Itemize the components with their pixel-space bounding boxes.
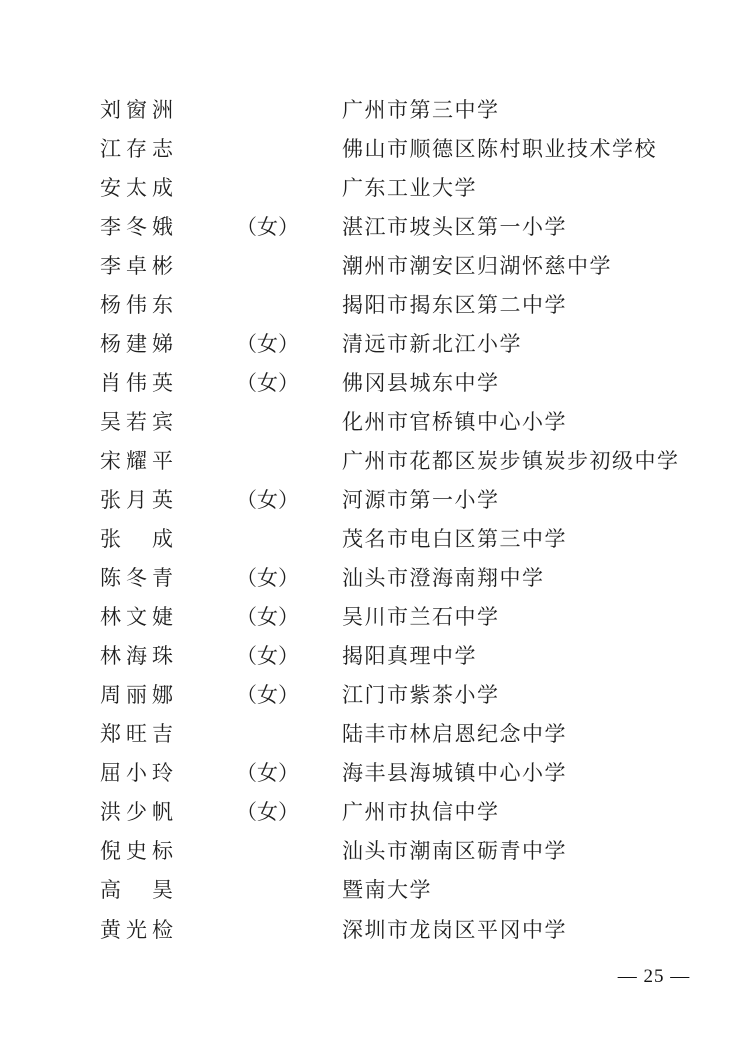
school-name: 揭阳市揭东区第二中学 xyxy=(342,295,567,316)
roster-row: 黄光检 深圳市龙岗区平冈中学 xyxy=(0,910,750,949)
school-name: 化州市官桥镇中心小学 xyxy=(342,412,567,433)
school-name: 茂名市电白区第三中学 xyxy=(342,529,567,550)
gender-marker: （女） xyxy=(236,490,299,511)
school-name: 佛冈县城东中学 xyxy=(342,373,500,394)
roster-row: 安太成 广东工业大学 xyxy=(0,169,750,208)
school-name: 河源市第一小学 xyxy=(342,490,500,511)
school-name: 广东工业大学 xyxy=(342,178,477,199)
school-name: 广州市执信中学 xyxy=(342,802,500,823)
school-name: 揭阳真理中学 xyxy=(342,646,477,667)
person-name: 江存志 xyxy=(100,139,178,160)
person-name: 宋耀平 xyxy=(100,451,178,472)
school-name: 广州市花都区炭步镇炭步初级中学 xyxy=(342,451,680,472)
roster-row: 高 昊 暨南大学 xyxy=(0,871,750,910)
gender-marker: （女） xyxy=(236,802,299,823)
roster-row: 刘窗洲 广州市第三中学 xyxy=(0,91,750,130)
person-name: 高 昊 xyxy=(100,880,178,901)
school-name: 吴川市兰石中学 xyxy=(342,607,500,628)
person-name: 屈小玲 xyxy=(100,763,178,784)
roster-row: 周丽娜 （女） 江门市紫茶小学 xyxy=(0,676,750,715)
school-name: 潮州市潮安区归湖怀慈中学 xyxy=(342,256,612,277)
roster-row: 宋耀平 广州市花都区炭步镇炭步初级中学 xyxy=(0,442,750,481)
person-name: 安太成 xyxy=(100,178,178,199)
roster-row: 李冬娥 （女） 湛江市坡头区第一小学 xyxy=(0,208,750,247)
person-name: 周丽娜 xyxy=(100,685,178,706)
roster-row: 张月英 （女） 河源市第一小学 xyxy=(0,481,750,520)
school-name: 广州市第三中学 xyxy=(342,100,500,121)
person-name: 杨建娣 xyxy=(100,334,178,355)
roster-row: 林海珠 （女） 揭阳真理中学 xyxy=(0,637,750,676)
roster-row: 郑旺吉 陆丰市林启恩纪念中学 xyxy=(0,715,750,754)
roster-row: 林文婕 （女） 吴川市兰石中学 xyxy=(0,598,750,637)
document-page: 刘窗洲 广州市第三中学 江存志 佛山市顺德区陈村职业技术学校 安太成 广东工业大… xyxy=(0,0,750,1060)
gender-marker: （女） xyxy=(236,373,299,394)
person-name: 肖伟英 xyxy=(100,373,178,394)
gender-marker: （女） xyxy=(236,217,299,238)
school-name: 江门市紫茶小学 xyxy=(342,685,500,706)
school-name: 海丰县海城镇中心小学 xyxy=(342,763,567,784)
gender-marker: （女） xyxy=(236,763,299,784)
school-name: 佛山市顺德区陈村职业技术学校 xyxy=(342,139,657,160)
person-name: 张 成 xyxy=(100,529,178,550)
page-number: — 25 — xyxy=(614,966,694,988)
person-name: 杨伟东 xyxy=(100,295,178,316)
roster-row: 李卓彬 潮州市潮安区归湖怀慈中学 xyxy=(0,247,750,286)
school-name: 湛江市坡头区第一小学 xyxy=(342,217,567,238)
school-name: 暨南大学 xyxy=(342,880,432,901)
roster-row: 吴若宾 化州市官桥镇中心小学 xyxy=(0,403,750,442)
person-name: 刘窗洲 xyxy=(100,100,178,121)
gender-marker: （女） xyxy=(236,685,299,706)
name-roster-list: 刘窗洲 广州市第三中学 江存志 佛山市顺德区陈村职业技术学校 安太成 广东工业大… xyxy=(0,91,750,950)
gender-marker: （女） xyxy=(236,568,299,589)
roster-row: 倪史标 汕头市潮南区砺青中学 xyxy=(0,832,750,871)
person-name: 郑旺吉 xyxy=(100,724,178,745)
gender-marker: （女） xyxy=(236,607,299,628)
school-name: 汕头市潮南区砺青中学 xyxy=(342,841,567,862)
roster-row: 张 成 茂名市电白区第三中学 xyxy=(0,520,750,559)
person-name: 林文婕 xyxy=(100,607,178,628)
roster-row: 洪少帆 （女） 广州市执信中学 xyxy=(0,793,750,832)
person-name: 张月英 xyxy=(100,490,178,511)
person-name: 倪史标 xyxy=(100,841,178,862)
person-name: 李卓彬 xyxy=(100,256,178,277)
roster-row: 杨伟东 揭阳市揭东区第二中学 xyxy=(0,286,750,325)
person-name: 黄光检 xyxy=(100,920,178,941)
person-name: 洪少帆 xyxy=(100,802,178,823)
roster-row: 江存志 佛山市顺德区陈村职业技术学校 xyxy=(0,130,750,169)
person-name: 林海珠 xyxy=(100,646,178,667)
roster-row: 屈小玲 （女） 海丰县海城镇中心小学 xyxy=(0,754,750,793)
roster-row: 陈冬青 （女） 汕头市澄海南翔中学 xyxy=(0,559,750,598)
school-name: 清远市新北江小学 xyxy=(342,334,522,355)
school-name: 汕头市澄海南翔中学 xyxy=(342,568,545,589)
roster-row: 肖伟英 （女） 佛冈县城东中学 xyxy=(0,364,750,403)
person-name: 陈冬青 xyxy=(100,568,178,589)
person-name: 李冬娥 xyxy=(100,217,178,238)
person-name: 吴若宾 xyxy=(100,412,178,433)
gender-marker: （女） xyxy=(236,334,299,355)
gender-marker: （女） xyxy=(236,646,299,667)
school-name: 深圳市龙岗区平冈中学 xyxy=(342,920,567,941)
roster-row: 杨建娣 （女） 清远市新北江小学 xyxy=(0,325,750,364)
school-name: 陆丰市林启恩纪念中学 xyxy=(342,724,567,745)
